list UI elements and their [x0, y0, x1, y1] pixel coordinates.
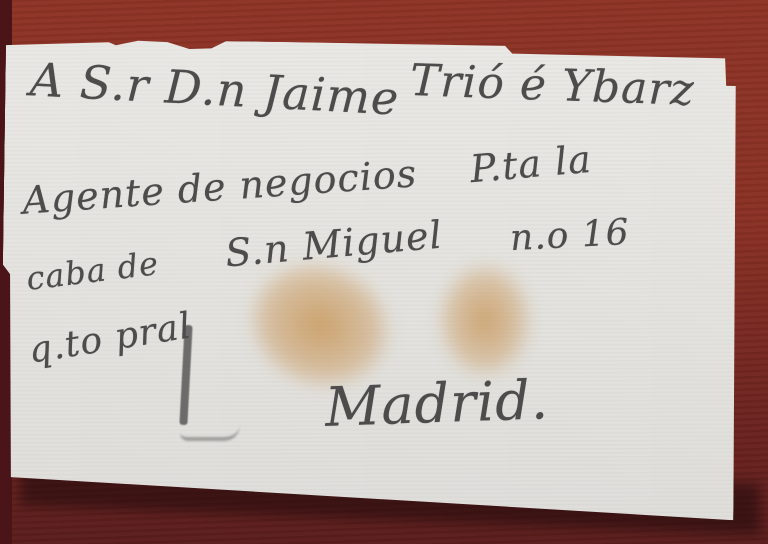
address-recipient-surname: Trió é Ybarz	[409, 55, 695, 116]
address-street-number: n.o 16	[509, 212, 631, 259]
postal-mark-foot	[180, 425, 240, 441]
wax-stain-right	[440, 265, 530, 375]
address-city: Madrid.	[324, 368, 550, 439]
